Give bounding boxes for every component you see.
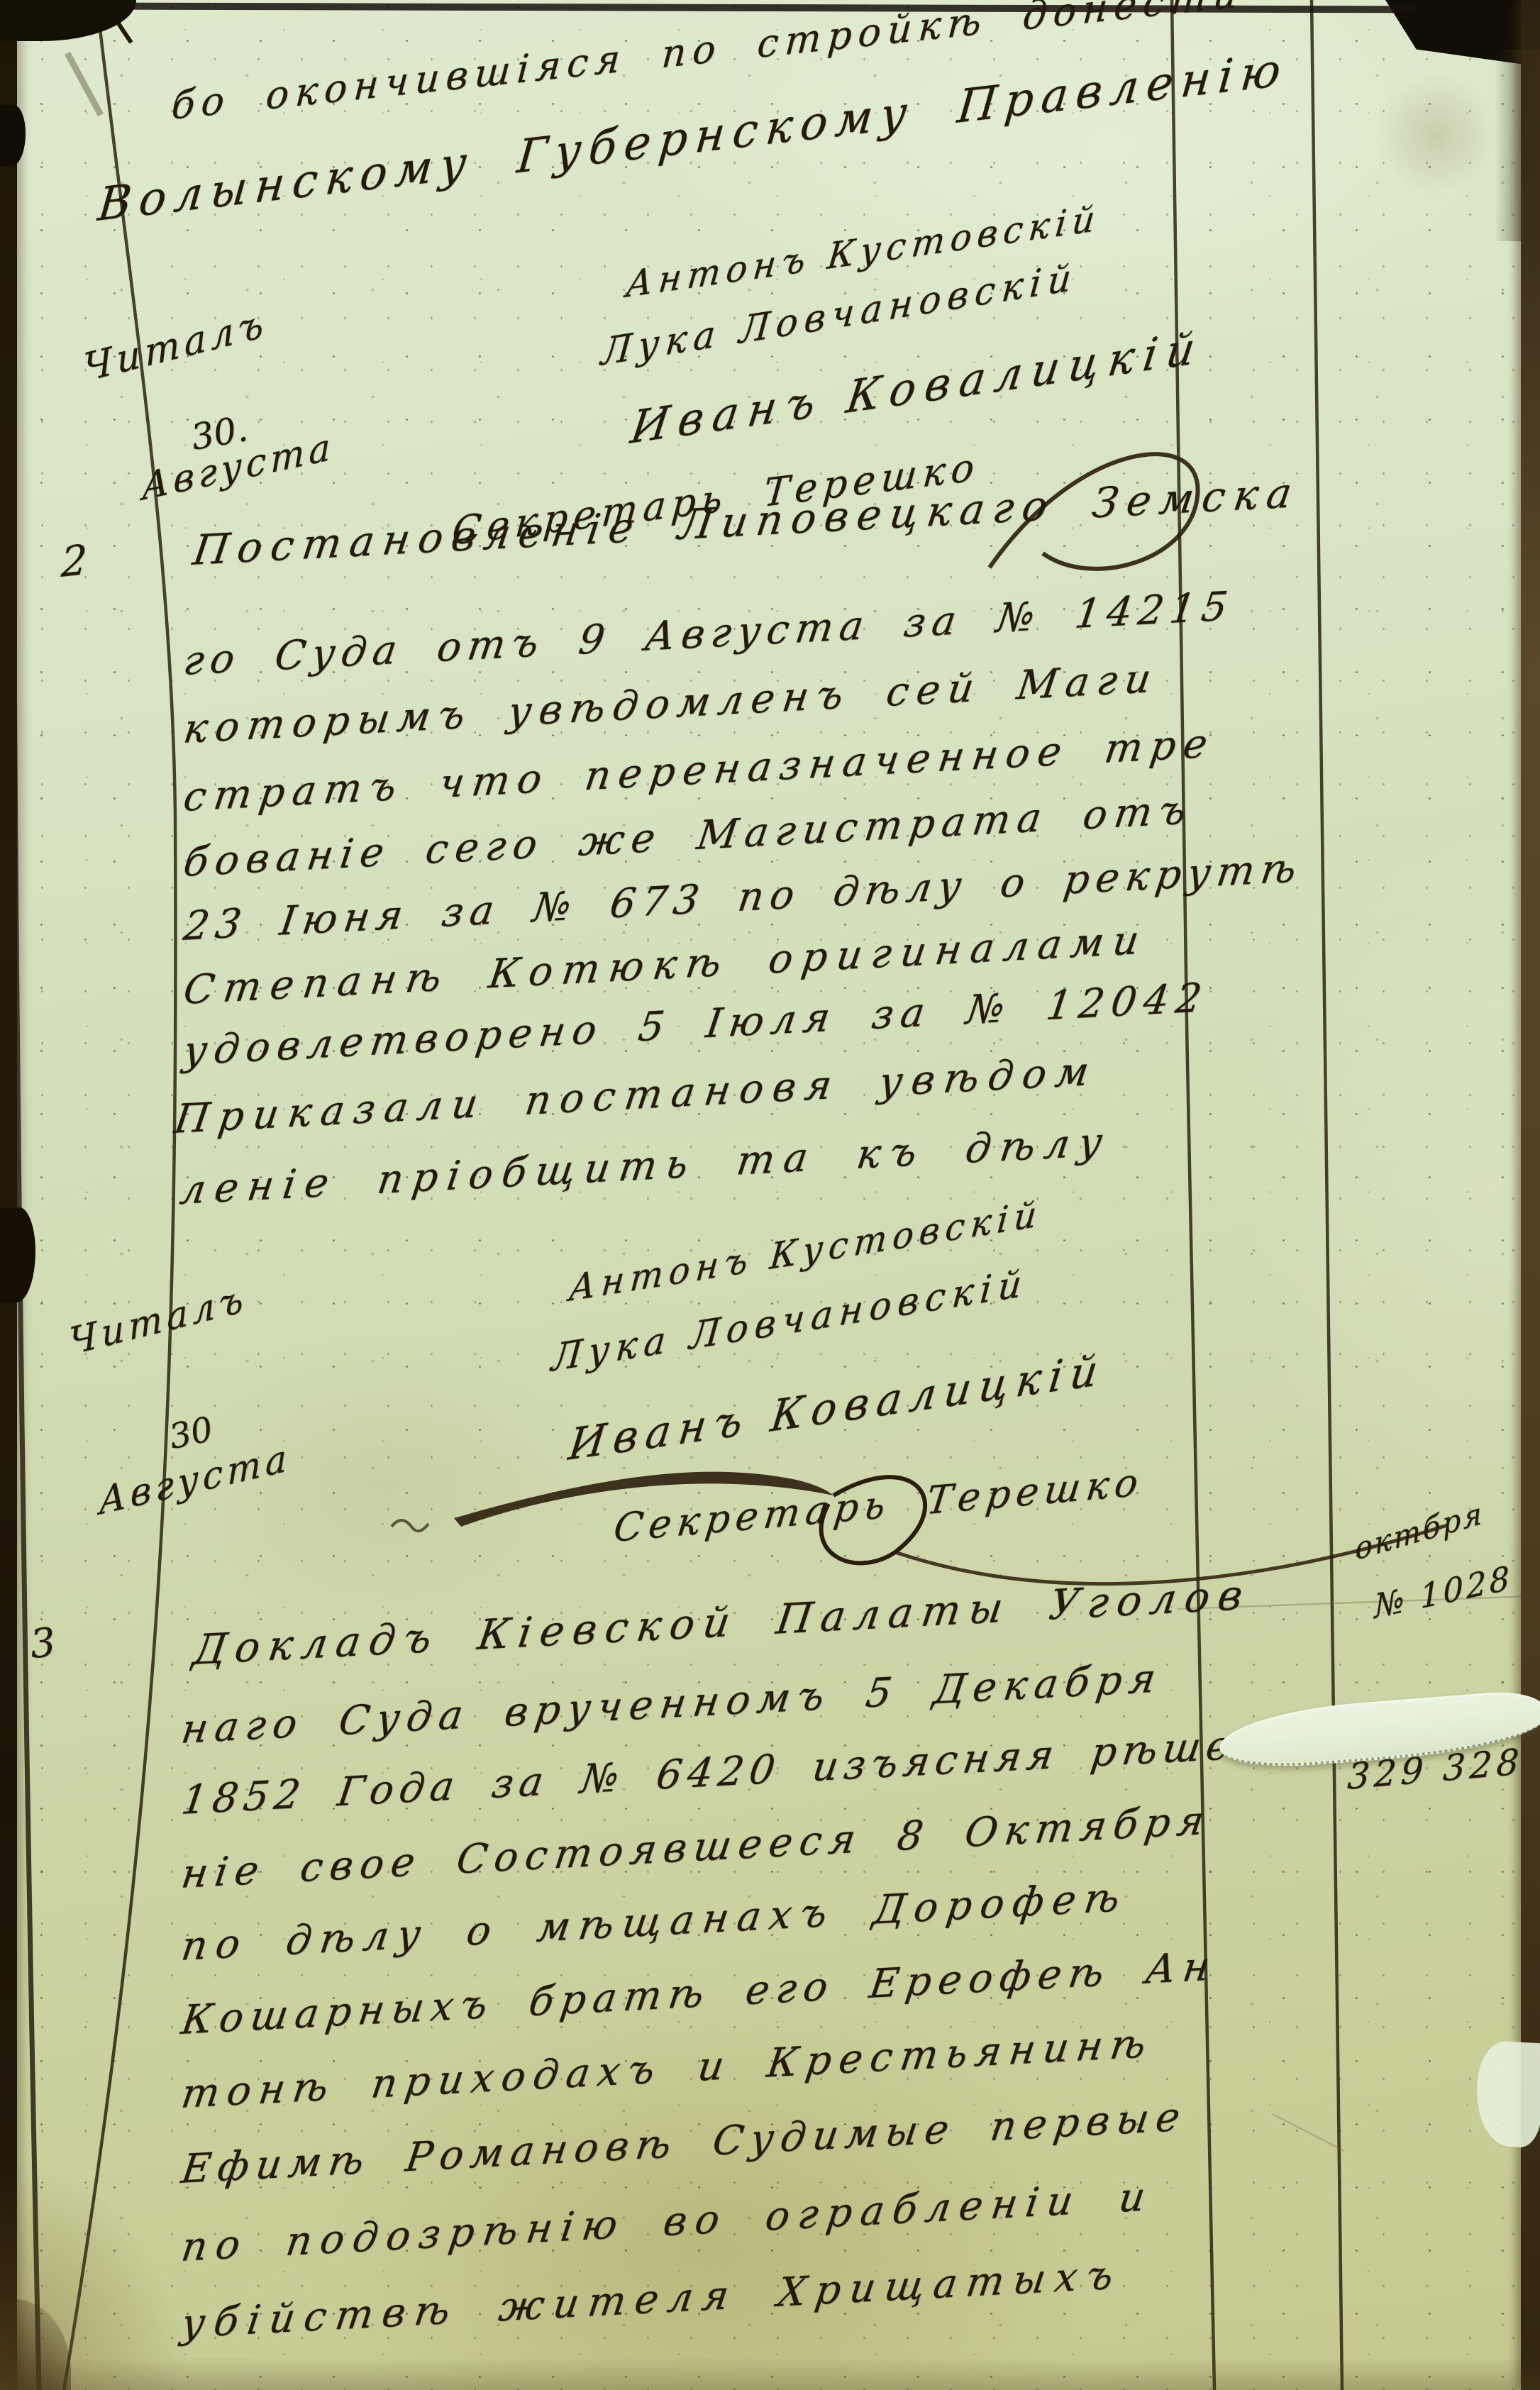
- pencil-smudge-mark: [67, 53, 101, 115]
- small-ink-scribble: [392, 1520, 428, 1531]
- top-right-stain: [1369, 67, 1504, 202]
- bottom-edge-shadow: [0, 2357, 1540, 2390]
- crease-line-diagonal: [1273, 2114, 1344, 2151]
- right-rule-line-outer: [1312, 0, 1342, 2390]
- entry-3-number: 3: [28, 1621, 58, 1667]
- book-gutter-shadow: [0, 0, 17, 2390]
- bottom-left-stain: [0, 2156, 192, 2390]
- margin-note-read-2-line-2: 30: [166, 1410, 216, 1456]
- page-right-edge-band: [1521, 0, 1540, 2390]
- manuscript-page: бо окончившіяся по стройкѣ донести Волын…: [0, 0, 1540, 2390]
- entry-2-number: 2: [60, 538, 88, 586]
